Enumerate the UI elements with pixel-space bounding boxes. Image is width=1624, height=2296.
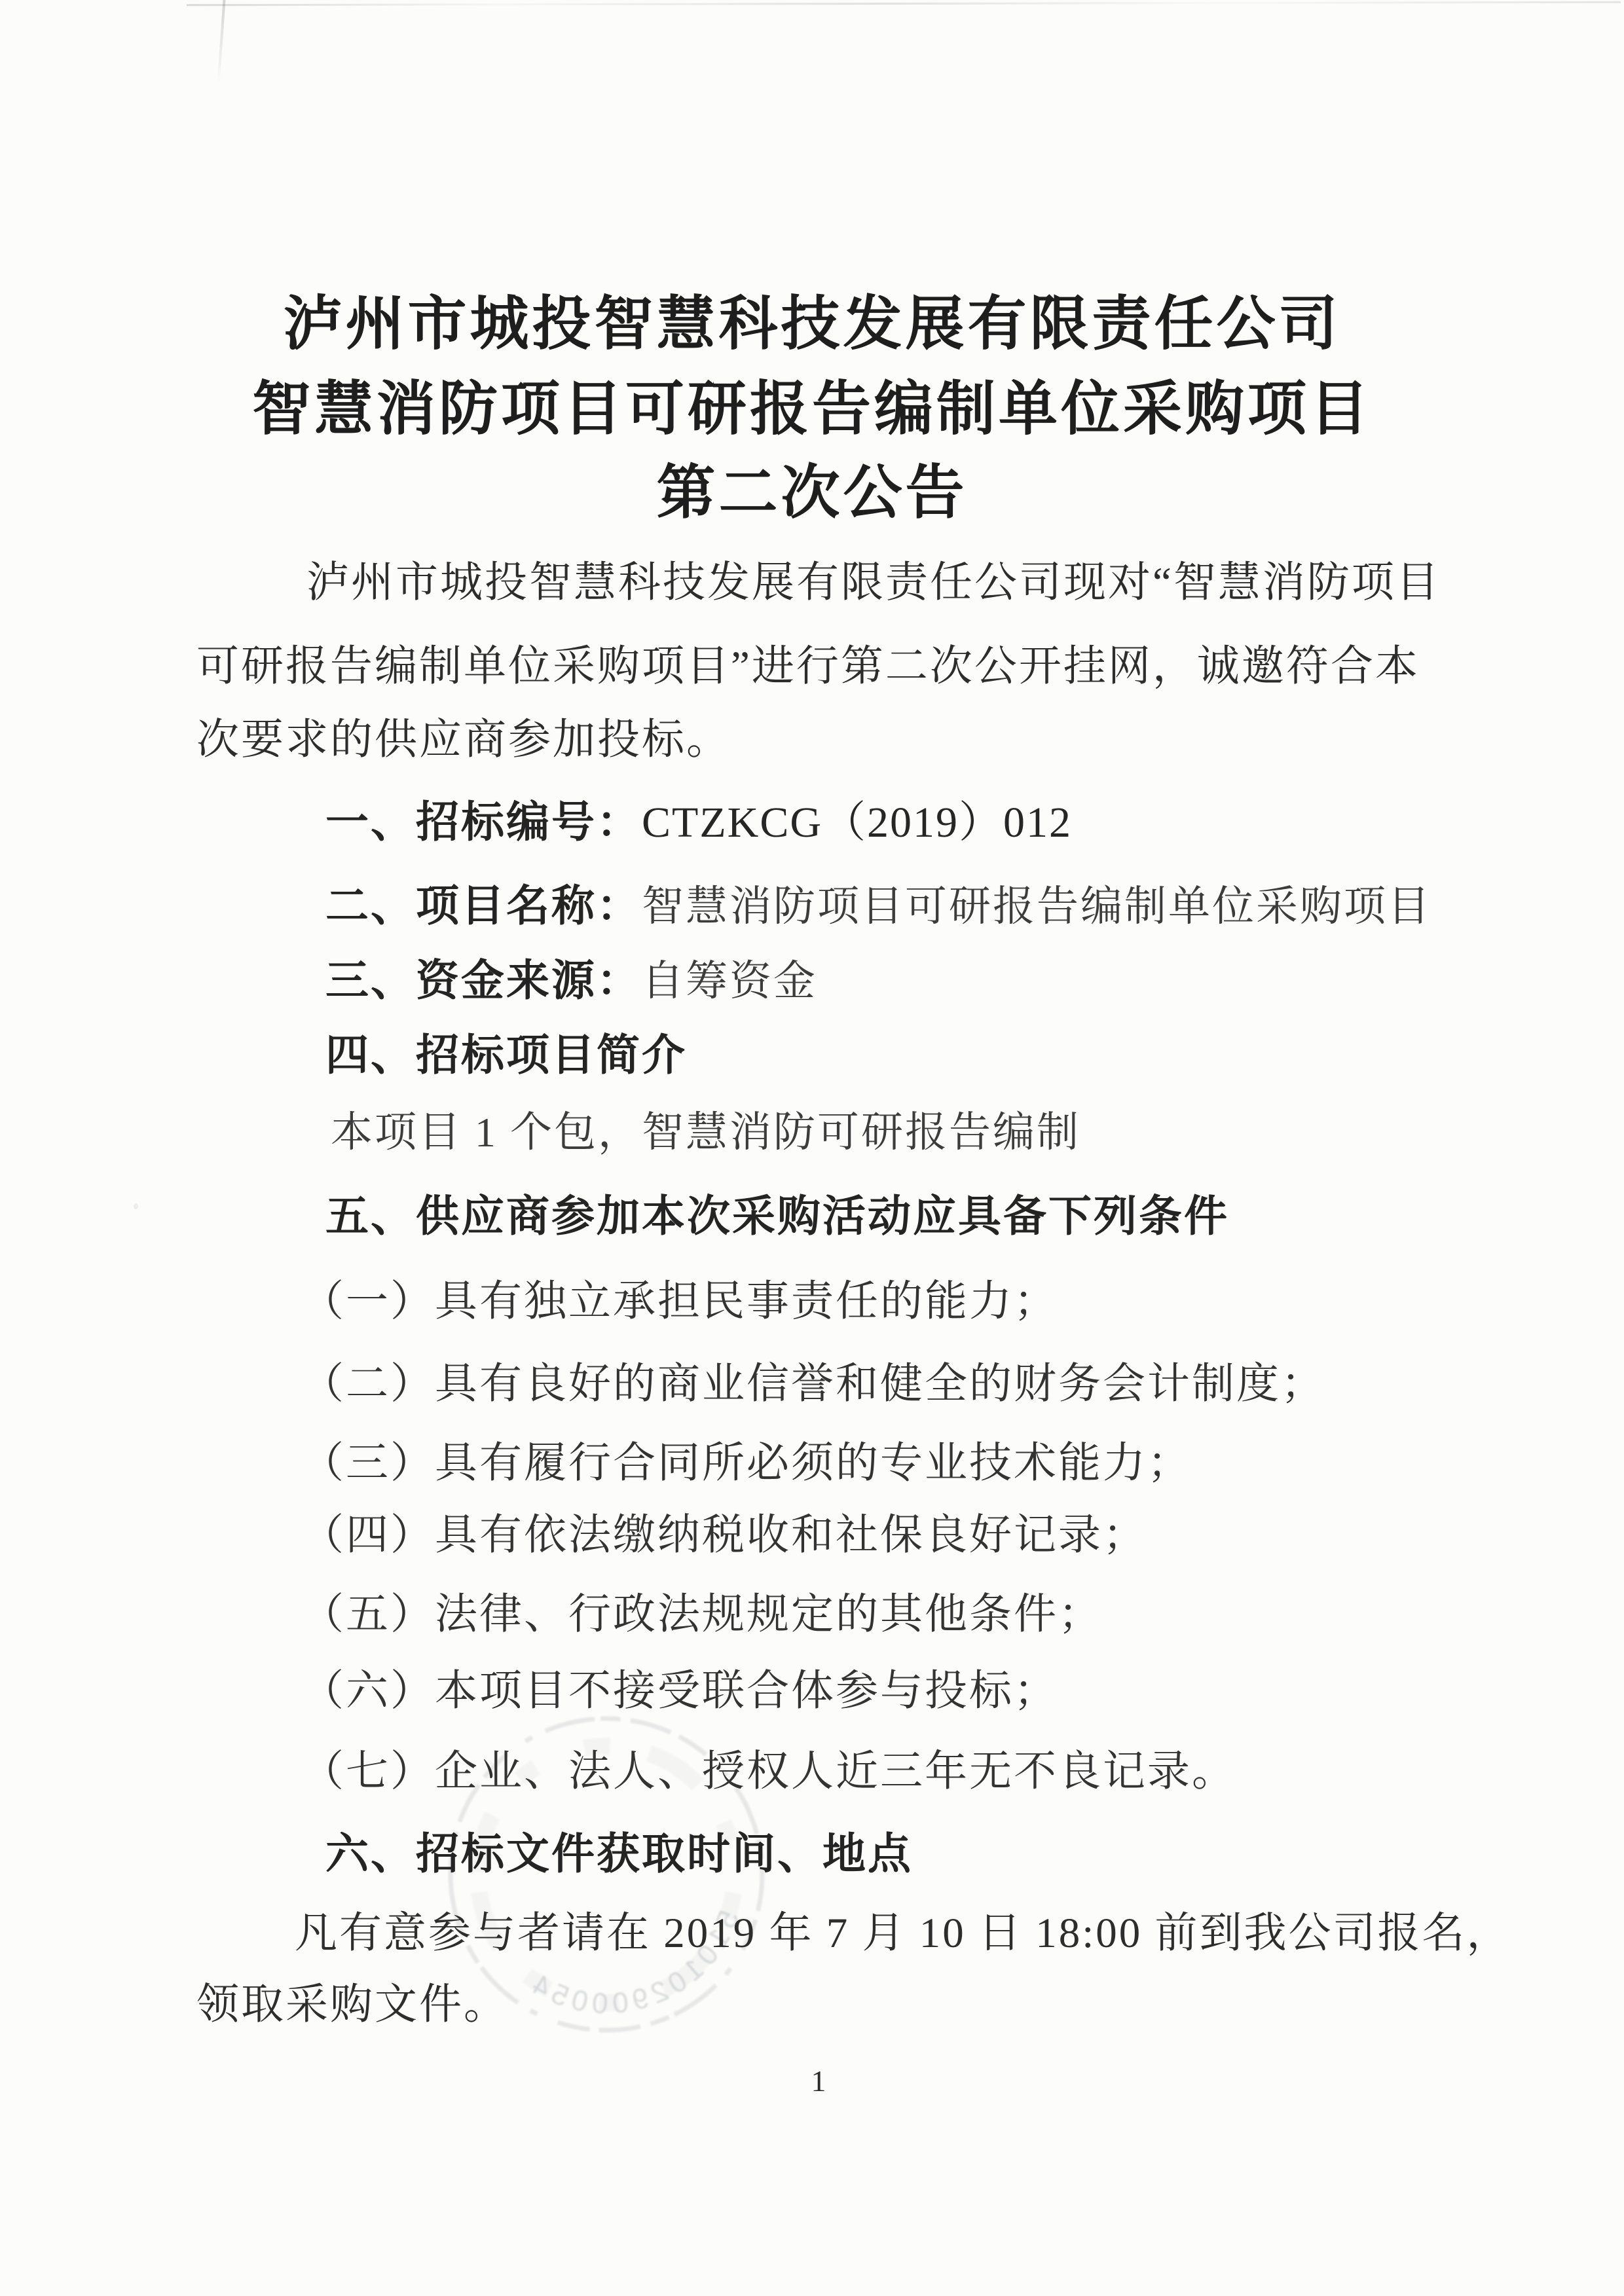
section-3: 三、资金来源：自筹资金 (325, 958, 817, 1002)
section-2-label: 二、项目名称： (325, 881, 642, 930)
section-1-label: 一、招标编号： (325, 797, 642, 846)
scan-edge-artifact (187, 1, 1621, 7)
section-2-value: 智慧消防项目可研报告编制单位采购项目 (642, 883, 1431, 930)
section-4: 四、招标项目简介 (325, 1033, 687, 1076)
condition-item-6: （六）本项目不接受联合体参与投标； (301, 1670, 1058, 1713)
section-3-label: 三、资金来源： (325, 956, 642, 1004)
page-number: 1 (786, 2064, 851, 2098)
title-line-1: 泸州市城投智慧科技发展有限责任公司 (0, 295, 1624, 354)
section-4-body: 本项目 1 个包，智慧消防可研报告编制 (331, 1112, 1080, 1154)
condition-item-3: （三）具有履行合同所必须的专业技术能力； (301, 1442, 1192, 1485)
section-3-value: 自筹资金 (642, 958, 817, 1004)
section-5-heading: 五、供应商参加本次采购活动应具备下列条件 (325, 1194, 1229, 1237)
section-2: 二、项目名称：智慧消防项目可研报告编制单位采购项目 (325, 884, 1431, 928)
title-line-3: 第二次公告 (0, 464, 1624, 522)
intro-line-3: 次要求的供应商参加投标。 (196, 719, 731, 761)
scan-scratch-artifact (217, 0, 226, 84)
condition-item-7: （七）企业、法人、授权人近三年无不良记录。 (301, 1751, 1236, 1793)
intro-line-1: 泸州市城投智慧科技发展有限责任公司现对“智慧消防项目 (306, 562, 1441, 604)
closing-line-2: 领取采购文件。 (196, 1984, 508, 2026)
condition-item-2: （二）具有良好的商业信誉和健全的财务会计制度； (301, 1363, 1325, 1406)
title-line-2: 智慧消防项目可研报告编制单位采购项目 (0, 380, 1624, 439)
closing-line-1: 凡有意参与者请在 2019 年 7 月 10 日 18:00 前到我公司报名， (295, 1912, 1511, 1955)
condition-item-1: （一）具有独立承担民事责任的能力； (301, 1281, 1058, 1323)
scan-speck-artifact (134, 1203, 138, 1209)
section-1: 一、招标编号：CTZKCG（2019）012 (325, 800, 1072, 845)
section-6-heading: 六、招标文件获取时间、地点 (325, 1832, 913, 1875)
scanned-document-page: 510102900054 泸州市城投智慧科技发展有限责任公司 智慧消防项目可研报… (0, 0, 1624, 2296)
condition-item-5: （五）法律、行政法规规定的其他条件； (301, 1594, 1103, 1636)
section-1-value: CTZKCG（2019）012 (642, 799, 1072, 847)
condition-item-4: （四）具有依法缴纳税收和社保良好记录； (301, 1514, 1147, 1557)
intro-line-2: 可研报告编制单位采购项目”进行第二次公开挂网，诚邀符合本 (196, 646, 1420, 688)
section-4-label: 四、招标项目简介 (325, 1030, 687, 1079)
